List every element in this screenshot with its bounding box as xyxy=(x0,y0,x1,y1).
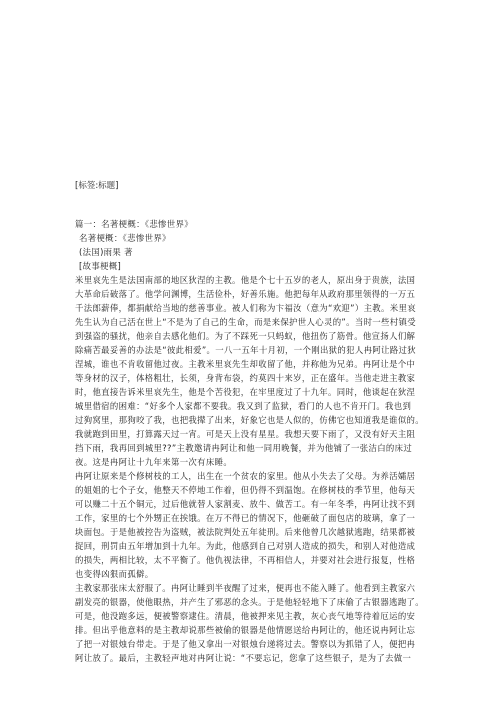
tag-label: [标签:标题] xyxy=(75,180,119,192)
text-line: 先生认为自己活在世上“不是为了自己的生命，而是来保护世人心灵的”。当时一些村镇受 xyxy=(75,315,425,329)
document-body: 篇一：名著梗概：《悲惨世界》 名著梗概：《悲惨世界》 (法国)雨果 著 [故事梗… xyxy=(75,217,425,665)
text-line: 冉阿让原来是个修树枝的工人，出生在一个贫农的家里。他从小失去了父母。为养活孀居 xyxy=(75,469,425,483)
text-line: 时，他直接告诉米里哀先生，他是个苦役犯，在牢里度过了十九年。同时，他谈起在狄涅 xyxy=(75,385,425,399)
text-line: 可以赚二十五个铜元，过后他就替人家割麦、放牛、做苦工。有一年冬季，冉阿让找不到 xyxy=(75,497,425,511)
text-line: 到强盗的骚扰，他亲自去感化他们。为了不踩死一只蚂蚁，他扭伤了筋骨。他宣扬人们解 xyxy=(75,329,425,343)
text-line: 等身材的汉子，体格粗壮，长须，身背布袋，约莫四十来岁，正在盛年。当他走进主教家 xyxy=(75,371,425,385)
text-line: 了把一对银烛台带走。于是了他又拿出一对银烛台递将过去。警察以为抓错了人，便把冉 xyxy=(75,637,425,651)
document-page: [标签:标题] 篇一：名著梗概：《悲惨世界》 名著梗概：《悲惨世界》 (法国)雨… xyxy=(0,0,500,707)
text-line: 也变得凶狠而孤僻。 xyxy=(75,567,425,581)
section-title: 篇一：名著梗概：《悲惨世界》 xyxy=(75,217,425,231)
text-line: 过狗窝里，那狗咬了我，也把我撵了出来，好象它也是人似的，仿佛它也知道我是谁似的。 xyxy=(75,413,425,427)
text-line: 千法郎薪俸，都捐献给当地的慈善事业。被人们称为卞福汝（意为“欢迎”）主教。米里哀 xyxy=(75,301,425,315)
text-line: 主教家那张床太舒服了。冉阿让睡到半夜醒了过来，便再也不能入睡了。他看到主教家六 xyxy=(75,581,425,595)
text-line: 米里哀先生是法国南部的地区狄涅的主教。他是个七十五岁的老人，原出身于贵族，法国 xyxy=(75,273,425,287)
text-line: 挡下雨，我再回到城里??”主教邀请冉阿让和他一同用晚餐，并为他铺了一张洁白的床过 xyxy=(75,441,425,455)
text-line: 涅城，谁也不肯收留他过夜。主教米里哀先生却收留了他，并称他为兄弟。冉阿让是个中 xyxy=(75,357,425,371)
author-line: (法国)雨果 著 xyxy=(75,245,425,259)
text-line: 可是，他没跑多远，便被警察逮住。清晨，他被押来见主教，灰心丧气地等待着厄运的安 xyxy=(75,609,425,623)
text-line: 夜。这是冉阿让十九年来第一次有床睡。 xyxy=(75,455,425,469)
text-line: 的损失，两相比较，太不平衡了。他仇视法律，不再相信人，并要对社会进行报复，性格 xyxy=(75,553,425,567)
text-line: 工作，家里的七个外甥正在挨饿。在万不得已的情况下，他砸破了面包店的玻璃，拿了一 xyxy=(75,511,425,525)
text-line: 阿让放了。最后，主教轻声地对冉阿让说：“不要忘记，您拿了这些银子，是为了去做一 xyxy=(75,651,425,665)
subtitle: 名著梗概：《悲惨世界》 xyxy=(75,231,425,245)
text-line: 城里借宿的困难：“好多个人家都不要我。我又到了监狱，看门的人也不肯开门。我也到 xyxy=(75,399,425,413)
text-line: 大革命后破落了。他学问渊博，生活俭朴，好善乐施。他把每年从政府那里领得的一万五 xyxy=(75,287,425,301)
text-line: 排。但出乎他意料的是主教却说那些被偷的银器是他情愿送给冉阿让的，他还说冉阿让忘 xyxy=(75,623,425,637)
text-line: 副发亮的银器，使他眼热，并产生了邪恶的念头。于是他轻轻地下了床偷了古银器逃跑了。 xyxy=(75,595,425,609)
text-line: 的姐姐的七个子女，他整天不停地工作着，但仍得不到温饱。在修树枝的季节里，他每天 xyxy=(75,483,425,497)
text-line: 除痛苦最妥善的办法是“彼此相爱”。一八一五年十月初，一个刚出狱的犯人冉阿让路过狄 xyxy=(75,343,425,357)
text-line: 块面包。于是他被控告为盗贼，被法院判处五年徒刑。后来他曾几次越狱逃跑，结果都被 xyxy=(75,525,425,539)
summary-heading: [故事梗概] xyxy=(75,259,425,273)
text-line: 我就跑到田里，打算露天过一宵。可是天上没有星星。我想天要下雨了，又没有好天主阻 xyxy=(75,427,425,441)
text-line: 捉回，刑罚由五年增加到十九年。为此，他感到自己对别人造成的损失，和别人对他造成 xyxy=(75,539,425,553)
